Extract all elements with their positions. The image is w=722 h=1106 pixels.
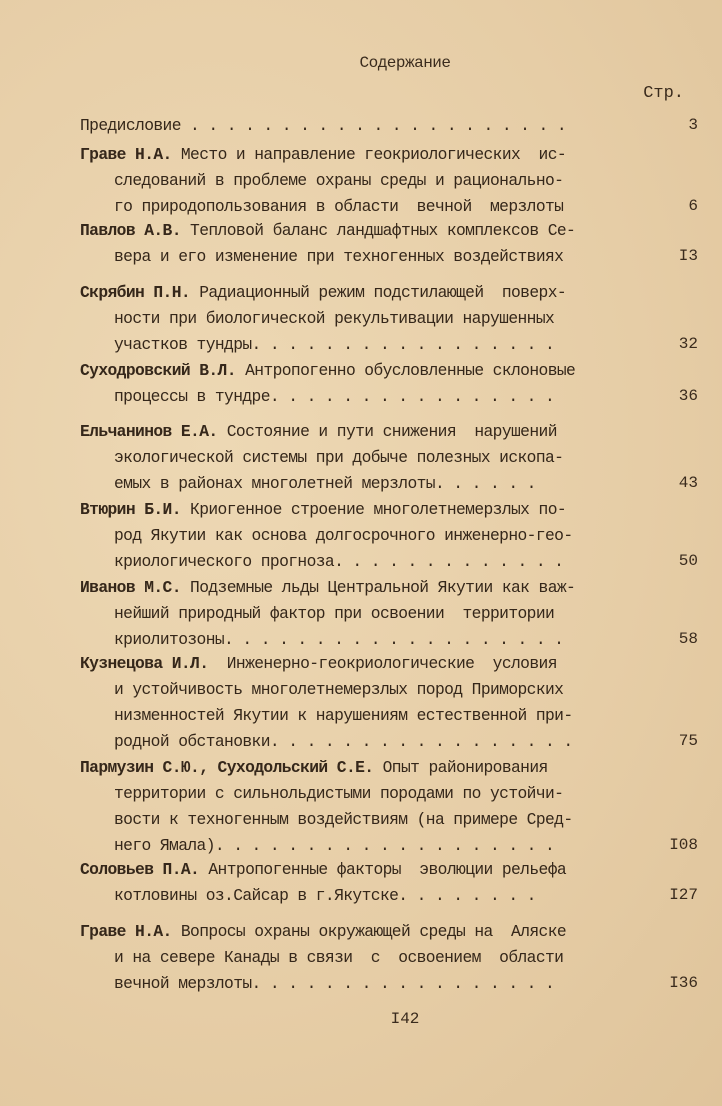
toc-entry-first-line: Суходровский В.Л. Антропогенно обусловле… [80,358,690,384]
toc-author: Павлов А.В. [80,221,181,240]
toc-entry-continuation-line: род Якутии как основа долгосрочного инже… [80,523,690,549]
toc-author: Суходровский В.Л. [80,361,236,380]
toc-entry-continuation-line: котловины оз.Сайсар в г.Якутске. . . . .… [80,883,690,909]
toc-entry: Скрябин П.Н. Радиационный режим подстила… [80,280,690,358]
toc-entry-first-line: Павлов А.В. Тепловой баланс ландшафтных … [80,218,690,244]
toc-entry-continuation-line: родной обстановки. . . . . . . . . . . .… [80,729,690,755]
toc-entry-first-line: Граве Н.А. Вопросы охраны окружающей сре… [80,919,690,945]
toc-entry-continuation-line: и устойчивость многолетнемерзлых пород П… [80,677,690,703]
toc-page-number: 6 [688,197,698,215]
toc-author: Граве Н.А. [80,922,172,941]
toc-page-number: 75 [679,732,698,750]
toc-entry: Граве Н.А. Место и направление геокриоло… [80,142,690,220]
toc-entry-continuation-line: и на севере Канады в связи с освоением о… [80,945,690,971]
toc-entry-first-line: Ельчанинов Е.А. Состояние и пути снижени… [80,419,690,445]
toc-page-number: 32 [679,335,698,353]
footer-page-number: I42 [0,1010,722,1028]
toc-entry: Пармузин С.Ю., Суходольский С.Е. Опыт ра… [80,755,690,859]
toc-entry-continuation-line: ности при биологической рекультивации на… [80,306,690,332]
toc-entry: Суходровский В.Л. Антропогенно обусловле… [80,358,690,410]
toc-entry: Кузнецова И.Л. Инженерно-геокриологическ… [80,651,690,755]
toc-entry-continuation-line: криологического прогноза. . . . . . . . … [80,549,690,575]
toc-entry-first-line: Иванов М.С. Подземные льды Центральной Я… [80,575,690,601]
toc-entry-continuation-line: вечной мерзлоты. . . . . . . . . . . . .… [80,971,690,997]
toc-author: Граве Н.А. [80,145,172,164]
toc-entry: Втюрин Б.И. Криогенное строение многолет… [80,497,690,575]
toc-page-number: 58 [679,630,698,648]
toc-entry-continuation-line: криолитозоны. . . . . . . . . . . . . . … [80,627,690,653]
page-column-header: Стр. [643,84,684,103]
toc-entry-continuation-line: вости к техногенным воздействиям (на при… [80,807,690,833]
toc-entry-continuation-line: экологической системы при добыче полезны… [80,445,690,471]
toc-entry-first-line: Соловьев П.А. Антропогенные факторы эвол… [80,857,690,883]
toc-page-number: 3 [688,116,698,134]
toc-author: Пармузин С.Ю., Суходольский С.Е. [80,758,373,777]
toc-entry: Иванов М.С. Подземные льды Центральной Я… [80,575,690,653]
toc-entry-continuation-line: емых в районах многолетней мерзлоты. . .… [80,471,690,497]
toc-author: Втюрин Б.И. [80,500,181,519]
toc-entry-first-line: Предисловие . . . . . . . . . . . . . . … [80,113,690,139]
toc-entry-continuation-line: вера и его изменение при техногенных воз… [80,244,690,270]
toc-entry: Павлов А.В. Тепловой баланс ландшафтных … [80,218,690,270]
toc-entry-continuation-line: низменностей Якутии к нарушениям естеств… [80,703,690,729]
page-title: Содержание [0,54,722,72]
toc-author: Скрябин П.Н. [80,283,190,302]
toc-author: Соловьев П.А. [80,860,199,879]
toc-entry: Граве Н.А. Вопросы охраны окружающей сре… [80,919,690,997]
toc-page-number: 50 [679,552,698,570]
toc-entry-first-line: Кузнецова И.Л. Инженерно-геокриологическ… [80,651,690,677]
toc-entry-first-line: Граве Н.А. Место и направление геокриоло… [80,142,690,168]
toc-page-number: 43 [679,474,698,492]
toc-entry-continuation-line: следований в проблеме охраны среды и рац… [80,168,690,194]
toc-author: Иванов М.С. [80,578,181,597]
toc-author: Ельчанинов Е.А. [80,422,218,441]
toc-page-number: I27 [669,886,698,904]
toc-entry-first-line: Скрябин П.Н. Радиационный режим подстила… [80,280,690,306]
document-page: Содержание Стр. Предисловие . . . . . . … [0,0,722,1106]
toc-author: Кузнецова И.Л. [80,654,208,673]
toc-page-number: I36 [669,974,698,992]
toc-page-number: I3 [679,247,698,265]
toc-entry-continuation-line: него Ямала). . . . . . . . . . . . . . .… [80,833,690,859]
toc-entry: Ельчанинов Е.А. Состояние и пути снижени… [80,419,690,497]
toc-entry-first-line: Пармузин С.Ю., Суходольский С.Е. Опыт ра… [80,755,690,781]
toc-page-number: 36 [679,387,698,405]
toc-page-number: I08 [669,836,698,854]
toc-entry: Соловьев П.А. Антропогенные факторы эвол… [80,857,690,909]
toc-entry: Предисловие . . . . . . . . . . . . . . … [80,113,690,139]
toc-entry-continuation-line: го природопользования в области вечной м… [80,194,690,220]
toc-entry-continuation-line: территории с сильнольдистыми породами по… [80,781,690,807]
toc-entry-continuation-line: процессы в тундре. . . . . . . . . . . .… [80,384,690,410]
toc-entry-continuation-line: нейший природный фактор при освоении тер… [80,601,690,627]
toc-entry-continuation-line: участков тундры. . . . . . . . . . . . .… [80,332,690,358]
toc-entry-first-line: Втюрин Б.И. Криогенное строение многолет… [80,497,690,523]
